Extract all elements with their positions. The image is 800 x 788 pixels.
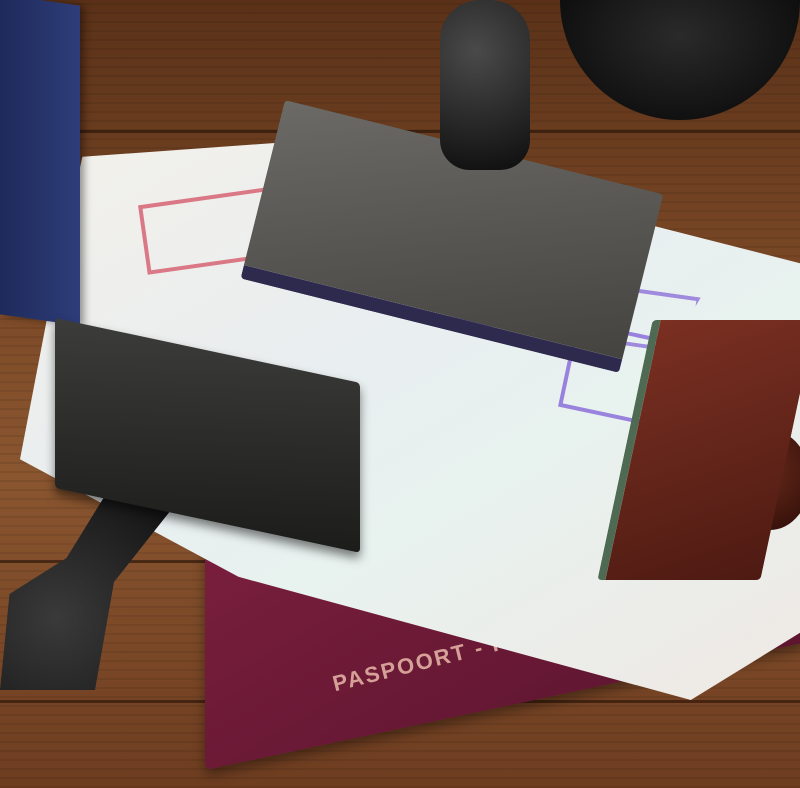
photo-scene: PASPOORT - PA xyxy=(0,0,800,788)
dark-object xyxy=(560,0,800,120)
rubber-stamp-top-handle xyxy=(440,0,530,170)
blue-document xyxy=(0,0,80,326)
